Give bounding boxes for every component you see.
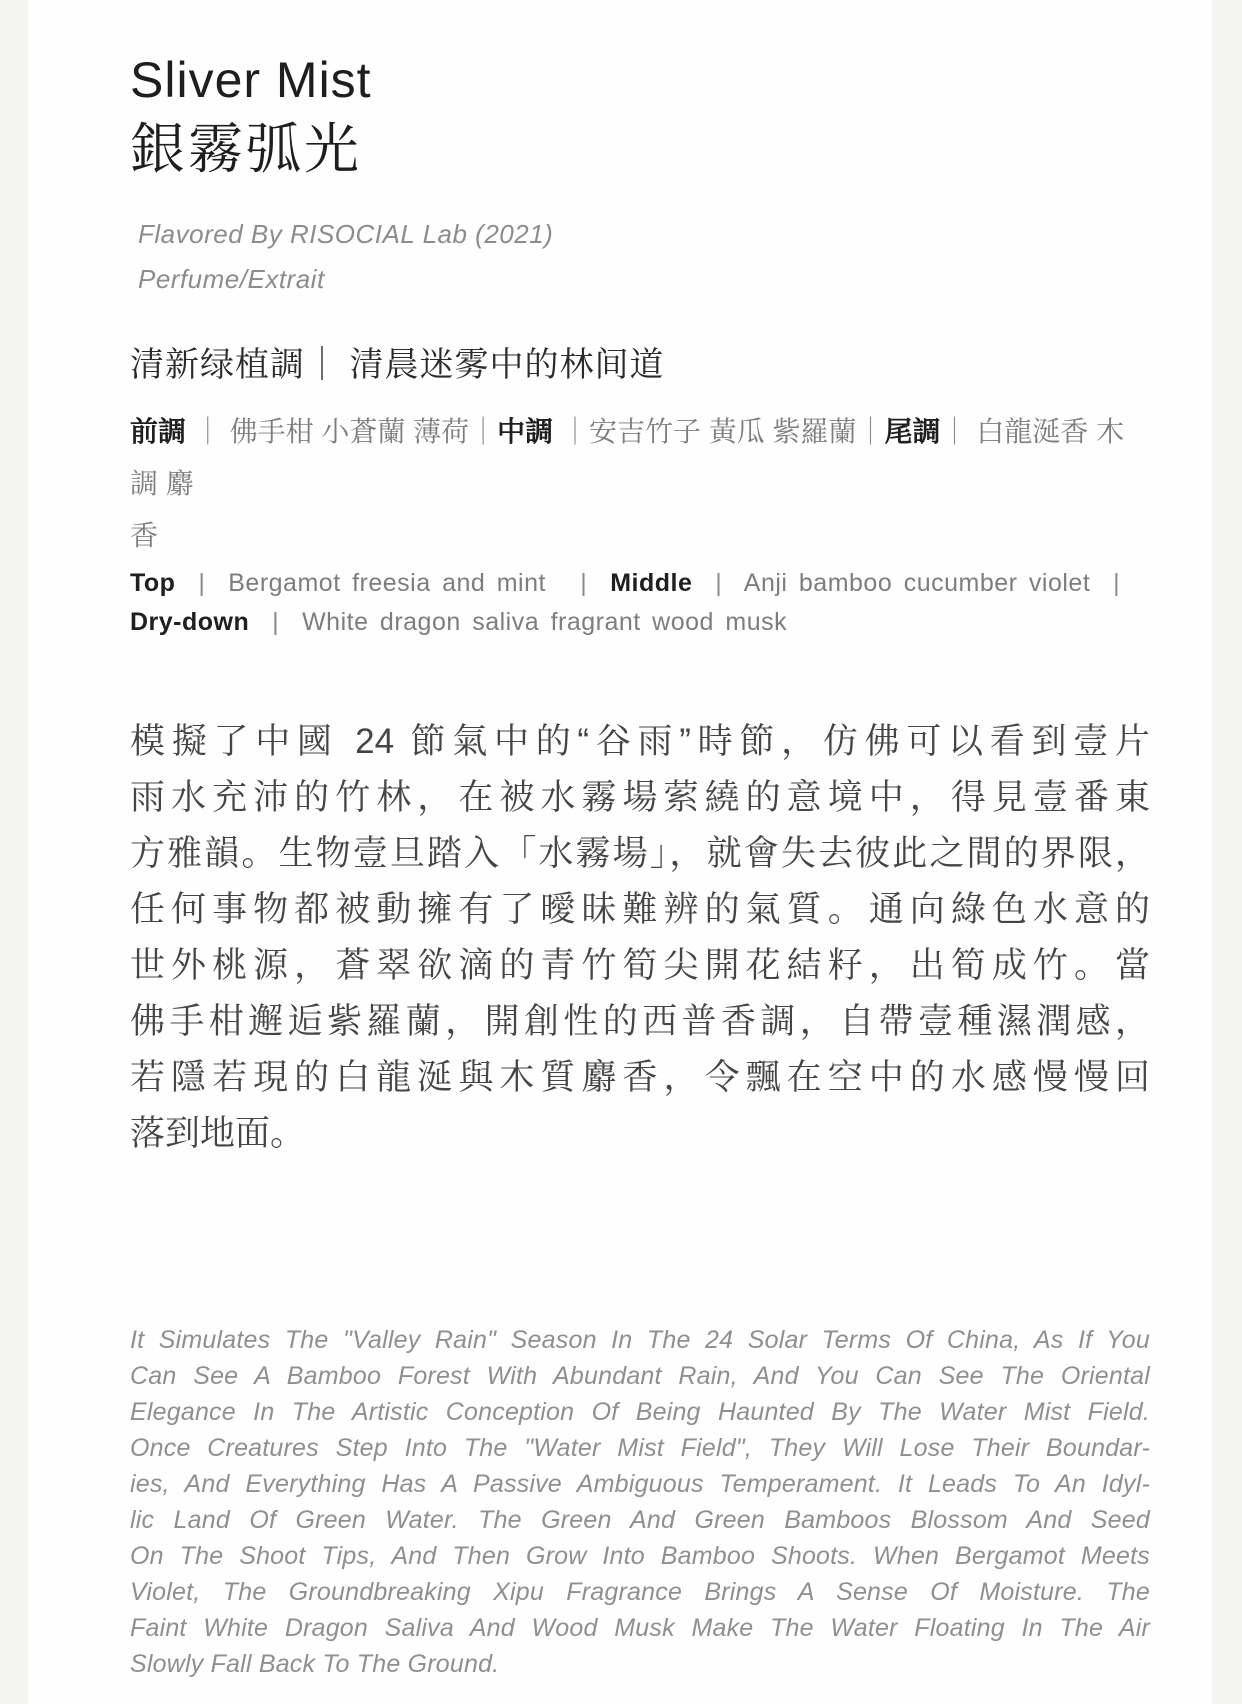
notes-segment-muted: 佛手柑 小蒼蘭 薄荷 bbox=[230, 416, 470, 447]
text-line: Once Creatures Step Into The "Water Mist… bbox=[130, 1430, 1150, 1466]
notes-segment-strong: 中調 bbox=[497, 416, 553, 447]
notes-segment-strong: Top bbox=[130, 569, 175, 597]
page-title-chinese: 銀霧弧光 bbox=[130, 116, 1150, 182]
text-line: Faint White Dragon Saliva And Wood Musk … bbox=[130, 1610, 1150, 1646]
text-line: Elegance In The Artistic Conception Of B… bbox=[130, 1394, 1150, 1430]
notes-segment-sep: ｜ bbox=[941, 416, 977, 447]
notes-segment-sep: ｜ bbox=[469, 416, 497, 447]
fragrance-notes-chinese: 前調 ｜ 佛手柑 小蒼蘭 薄荷｜中調 ｜安吉竹子 黃瓜 紫羅蘭｜尾調｜ 白龍涎香… bbox=[130, 406, 1150, 562]
text-line: 佛手柑邂逅紫羅蘭，開創性的西普香調，自帶壹種濕潤感， bbox=[130, 994, 1150, 1050]
text-line: 若隱若現的白龍涎與木質麝香，令飄在空中的水感慢慢回 bbox=[130, 1050, 1150, 1106]
notes-segment-muted: 安吉竹子 黃瓜 紫羅蘭 bbox=[589, 416, 857, 447]
page-content: Sliver Mist 銀霧弧光 Flavored By RISOCIAL La… bbox=[28, 0, 1150, 1682]
text-line: Can See A Bamboo Forest With Abundant Ra… bbox=[130, 1358, 1150, 1394]
description-chinese: 模擬了中國 24 節氣中的“谷雨”時節，仿佛可以看到壹片雨水充沛的竹林，在被水霧… bbox=[130, 714, 1150, 1162]
notes-segment-sep: | bbox=[175, 569, 228, 597]
fragrance-notes-english: Top | Bergamot freesia and mint | Middle… bbox=[130, 564, 1150, 642]
text-line: 模擬了中國 24 節氣中的“谷雨”時節，仿佛可以看到壹片 bbox=[130, 714, 1150, 770]
meta-product-type: Perfume/Extrait bbox=[138, 257, 1150, 302]
notes-segment-sep: | bbox=[249, 608, 302, 636]
meta-flavored-by: Flavored By RISOCIAL Lab (2021) bbox=[138, 212, 1150, 257]
notes-segment-strong: Middle bbox=[610, 569, 692, 597]
meta-block: Flavored By RISOCIAL Lab (2021) Perfume/… bbox=[130, 212, 1150, 302]
text-line: 雨水充沛的竹林，在被水霧場萦繞的意境中，得見壹番東 bbox=[130, 770, 1150, 826]
notes-segment-strong: Dry-down bbox=[130, 608, 249, 636]
notes-segment-muted: White dragon saliva fragrant wood musk bbox=[302, 608, 787, 636]
screenshot-viewport: Sliver Mist 銀霧弧光 Flavored By RISOCIAL La… bbox=[0, 0, 1242, 1704]
text-line: It Simulates The "Valley Rain" Season In… bbox=[130, 1322, 1150, 1358]
text-line: 任何事物都被動擁有了曖昧難辨的氣質。通向綠色水意的 bbox=[130, 882, 1150, 938]
notes-segment-sep: ｜ bbox=[857, 416, 885, 447]
notes-segment-strong: 前調 bbox=[130, 416, 186, 447]
text-line: 世外桃源，蒼翠欲滴的青竹筍尖開花結籽，出筍成竹。當 bbox=[130, 938, 1150, 994]
notes-segment-sep: | bbox=[546, 569, 610, 597]
text-line: ies, And Everything Has A Passive Ambigu… bbox=[130, 1466, 1150, 1502]
notes-segment-sep: | bbox=[692, 569, 743, 597]
notes-segment-sep: ｜ bbox=[186, 416, 230, 447]
notes-segment-muted: Bergamot freesia and mint bbox=[228, 569, 546, 597]
text-line: 方雅韻。生物壹旦踏入「水霧場」，就會失去彼此之間的界限， bbox=[130, 826, 1150, 882]
notes-segment-strong: 尾調 bbox=[885, 416, 941, 447]
page-title: Sliver Mist bbox=[130, 50, 1150, 110]
page-card: Sliver Mist 銀霧弧光 Flavored By RISOCIAL La… bbox=[28, 0, 1212, 1704]
text-line: Violet, The Groundbreaking Xipu Fragranc… bbox=[130, 1574, 1150, 1610]
text-line: lic Land Of Green Water. The Green And G… bbox=[130, 1502, 1150, 1538]
notes-segment-muted: Anji bamboo cucumber violet bbox=[744, 569, 1091, 597]
text-line: 落到地面。 bbox=[130, 1106, 1150, 1162]
text-line: Slowly Fall Back To The Ground. bbox=[130, 1646, 1150, 1682]
notes-segment-sep: | bbox=[1090, 569, 1120, 597]
description-english: It Simulates The "Valley Rain" Season In… bbox=[130, 1322, 1150, 1682]
scent-heading: 清新绿植調｜ 清晨迷雾中的林间道 bbox=[130, 344, 1150, 388]
text-line: On The Shoot Tips, And Then Grow Into Ba… bbox=[130, 1538, 1150, 1574]
notes-segment-sep: ｜ bbox=[553, 416, 589, 447]
